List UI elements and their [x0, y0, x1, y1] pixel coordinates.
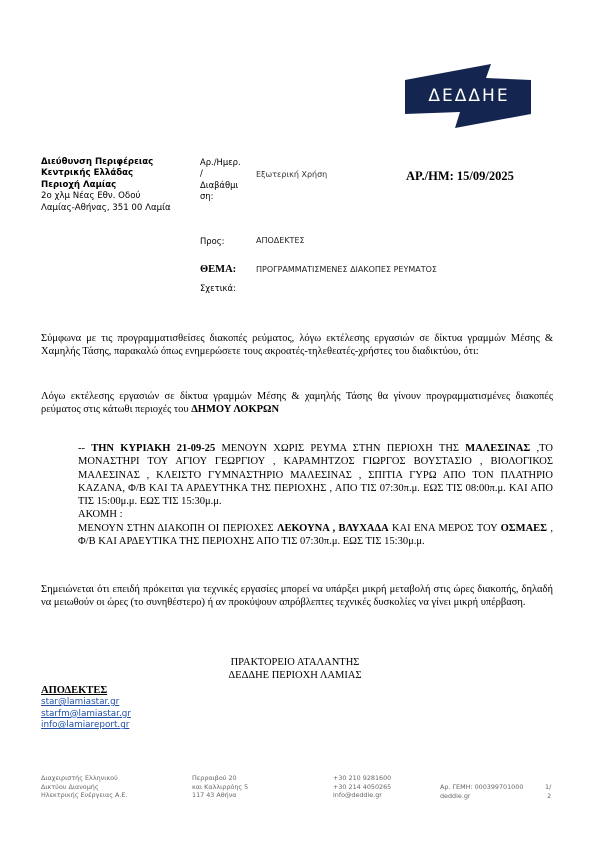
- municipality-name: ΔΗΜΟΥ ΛΟΚΡΩΝ: [191, 404, 279, 415]
- footer-line: Αρ. ΓΕΜΗ: 000399701000: [440, 783, 523, 792]
- recipients-list: star@lamiastar.gr starfm@lamiastar.gr in…: [41, 697, 131, 732]
- footer-registry: Αρ. ΓΕΜΗ: 000399701000 deddie.gr: [440, 783, 523, 800]
- area-name: ΜΑΛΕΣΙΝΑΣ: [465, 443, 530, 454]
- disclaimer-paragraph: Σημειώνεται ότι επειδή πρόκειται για τεχ…: [41, 583, 553, 610]
- logo-text: ΔΕΔΔΗΕ: [428, 86, 509, 106]
- footer-line: Δικτύου Διανομής: [41, 783, 127, 792]
- signature-line: ΔΕΔΔΗΕ ΠΕΡΙΟΧΗ ΛΑΜΙΑΣ: [200, 669, 390, 682]
- signature-block: ΠΡΑΚΤΟΡΕΙΟ ΑΤΑΛΑΝΤΗΣ ΔΕΔΔΗΕ ΠΕΡΙΟΧΗ ΛΑΜΙ…: [200, 656, 390, 682]
- notice-text: Λόγω εκτέλεσης εργασιών σε δίκτυα γραμμώ…: [41, 391, 553, 415]
- outage-details: -- ΤΗΝ ΚΥΡΙΑΚΗ 21-09-25 ΜΕΝΟΥΝ ΧΩΡΙΣ ΡΕΥ…: [78, 442, 553, 548]
- classification-value: Εξωτερική Χρήση: [256, 170, 327, 179]
- area-name: ΛΕΚΟΥΝΑ , ΒΛΥΧΑΔΑ: [277, 523, 389, 534]
- footer-line: +30 214 4050265: [333, 783, 391, 792]
- sender-line: 2ο χλμ Νέας Εθν. Οδού: [41, 191, 171, 202]
- sender-line: Διεύθυνση Περιφέρειας: [41, 157, 171, 168]
- dash-prefix: --: [78, 443, 91, 454]
- footer-address: Περραιβού 20 και Καλλιρρόης 5 117 43 Αθή…: [192, 774, 248, 800]
- also-label: ΑΚΟΜΗ :: [78, 508, 553, 521]
- footer-line: Διαχειριστής Ελληνικού: [41, 774, 127, 783]
- label-line: ση:: [200, 191, 256, 202]
- footer-line: 117 43 Αθήνα: [192, 791, 248, 800]
- subject-label: ΘΕΜΑ:: [200, 264, 236, 275]
- to-value: ΑΠΟΔΕΚΤΕΣ: [256, 236, 305, 245]
- outage-text: ΜΕΝΟΥΝ ΧΩΡΙΣ ΡΕΥΜΑ ΣΤΗΝ ΠΕΡΙΟΧΗ ΤΗΣ: [215, 443, 465, 454]
- recipient-email-link[interactable]: info@lamiareport.gr: [41, 720, 131, 732]
- footer-line: +30 210 9281600: [333, 774, 391, 783]
- recipient-email-link[interactable]: starfm@lamiastar.gr: [41, 709, 131, 721]
- footer-line: και Καλλιρρόης 5: [192, 783, 248, 792]
- deddie-logo: ΔΕΔΔΗΕ: [403, 62, 533, 138]
- outage-date: ΤΗΝ ΚΥΡΙΑΚΗ 21-09-25: [91, 443, 215, 454]
- logo-banner-icon: ΔΕΔΔΗΕ: [403, 62, 533, 138]
- label-line: Διαβάθμι: [200, 180, 256, 191]
- footer-line: info@deddie.gr: [333, 791, 391, 800]
- outage-text: ΚΑΙ ΕΝΑ ΜΕΡΟΣ ΤΟΥ: [389, 523, 501, 534]
- subject-value: ΠΡΟΓΡΑΜΜΑΤΙΣΜΕΝΕΣ ΔΙΑΚΟΠΕΣ ΡΕΥΜΑΤΟΣ: [256, 265, 437, 274]
- sender-address-block: Διεύθυνση Περιφέρειας Κεντρικής Ελλάδας …: [41, 157, 171, 214]
- outage-additional: ΜΕΝΟΥΝ ΣΤΗΝ ΔΙΑΚΟΠΗ ΟΙ ΠΕΡΙΟΧΕΣ ΛΕΚΟΥΝΑ …: [78, 522, 553, 549]
- ref-date: ΑΡ./ΗΜ: 15/09/2025: [406, 169, 514, 184]
- label-line: /: [200, 168, 256, 179]
- area-name: ΟΣΜΑΕΣ: [501, 523, 547, 534]
- recipients-title: ΑΠΟΔΕΚΤΕΣ: [41, 685, 107, 696]
- page-number: 1/ 2: [545, 783, 551, 800]
- sender-line: Περιοχή Λαμίας: [41, 180, 171, 191]
- footer-contact: +30 210 9281600 +30 214 4050265 info@ded…: [333, 774, 391, 800]
- footer-line: 2: [545, 792, 551, 801]
- footer-line: Ηλεκτρικής Ενέργειας Α.Ε.: [41, 791, 127, 800]
- to-label: Προς:: [200, 236, 224, 246]
- intro-paragraph: Σύμφωνα με τις προγραμματισθείσες διακοπ…: [41, 332, 553, 359]
- signature-line: ΠΡΑΚΤΟΡΕΙΟ ΑΤΑΛΑΝΤΗΣ: [200, 656, 390, 669]
- notice-paragraph: Λόγω εκτέλεσης εργασιών σε δίκτυα γραμμώ…: [41, 390, 553, 417]
- footer-line: 1/: [545, 783, 551, 792]
- related-label: Σχετικά:: [200, 283, 236, 293]
- footer-company: Διαχειριστής Ελληνικού Δικτύου Διανομής …: [41, 774, 127, 800]
- label-line: Αρ./Ημερ.: [200, 157, 256, 168]
- outage-text: ΜΕΝΟΥΝ ΣΤΗΝ ΔΙΑΚΟΠΗ ΟΙ ΠΕΡΙΟΧΕΣ: [78, 523, 277, 534]
- footer-line: Περραιβού 20: [192, 774, 248, 783]
- sender-line: Κεντρικής Ελλάδας: [41, 168, 171, 179]
- recipient-email-link[interactable]: star@lamiastar.gr: [41, 697, 131, 709]
- ref-classification-label: Αρ./Ημερ. / Διαβάθμι ση:: [200, 157, 256, 203]
- footer-line: deddie.gr: [440, 792, 523, 801]
- sender-line: Λαμίας-Αθήνας, 351 00 Λαμία: [41, 203, 171, 214]
